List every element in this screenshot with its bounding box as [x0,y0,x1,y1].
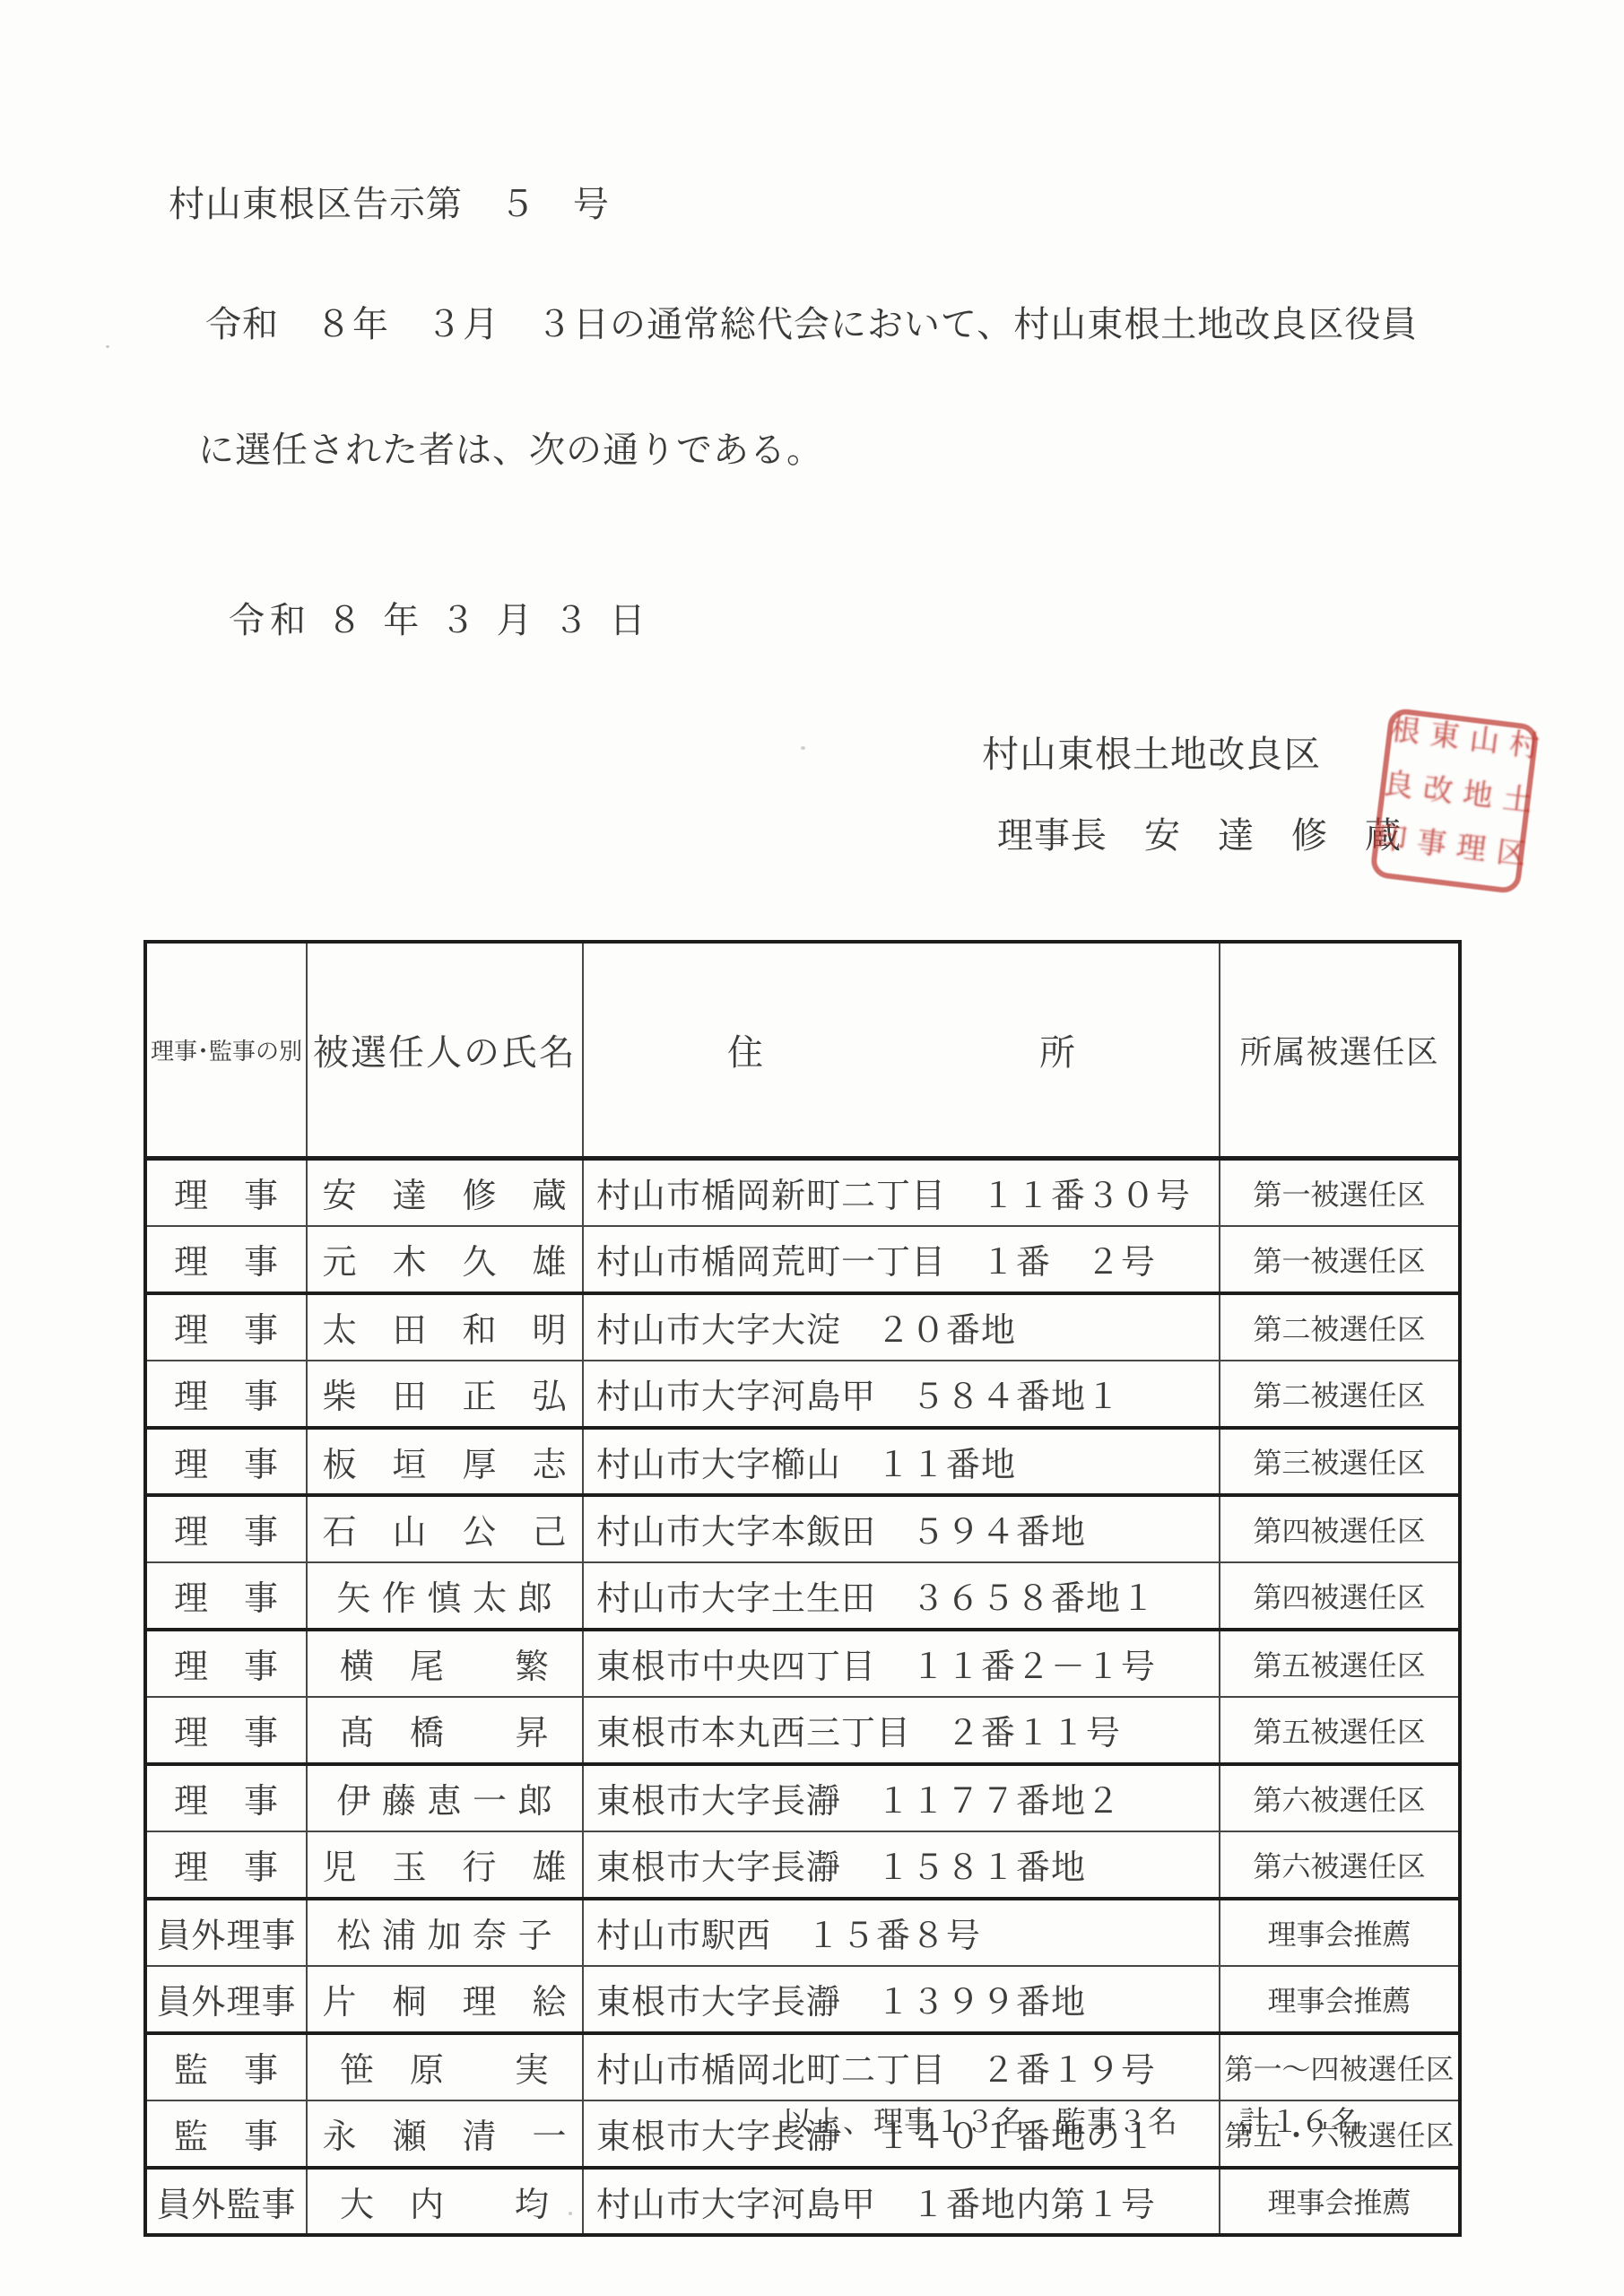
role-cell: 理 事 [145,1831,307,1899]
name-cell: 髙 橋 昇 [307,1697,583,1764]
district-cell: 第一〜四被選任区 [1220,2033,1460,2100]
scan-speck [106,345,109,348]
official-seal-text: 村山東根土地改良区理事印 [1366,712,1544,890]
name-cell: 笹 原 実 [307,2033,583,2100]
name-cell: 柴 田 正 弘 [307,1361,583,1428]
address-cell: 村山市楯岡北町二丁目 ２番１９号 [583,2033,1220,2100]
officer-row: 理 事石 山 公 己村山市大字本飯田 ５９４番地第四被選任区 [145,1495,1460,1562]
role-cell: 理 事 [145,1630,307,1697]
address-cell: 村山市大字大淀 ２０番地 [583,1293,1220,1361]
name-cell: 伊 藤 恵 一 郎 [307,1764,583,1831]
scan-speck [569,2212,572,2215]
district-cell: 第六被選任区 [1220,1831,1460,1899]
address-cell: 村山市駅西 １５番８号 [583,1899,1220,1966]
header-district: 所属被選任区 [1220,942,1460,1159]
officer-row: 理 事矢 作 慎 太 郎村山市大字土生田 ３６５８番地１第四被選任区 [145,1562,1460,1630]
district-cell: 第一被選任区 [1220,1226,1460,1293]
district-cell: 第五被選任区 [1220,1697,1460,1764]
header-address: 住 所 [583,942,1220,1159]
district-cell: 第四被選任区 [1220,1495,1460,1562]
name-cell: 板 垣 厚 志 [307,1428,583,1495]
document-page: 村山東根区告示第 ５ 号 令和 ８年 ３月 ３日の通常総代会において、村山東根土… [0,0,1624,2296]
header-role: 理事･監事の別 [145,942,307,1159]
officer-row: 理 事横 尾 繁東根市中央四丁目 １１番２－１号第五被選任区 [145,1630,1460,1697]
officer-row: 理 事髙 橋 昇東根市本丸西三丁目 ２番１１号第五被選任区 [145,1697,1460,1764]
address-cell: 村山市大字河島甲 ５８４番地１ [583,1361,1220,1428]
district-cell: 第六被選任区 [1220,1764,1460,1831]
name-cell: 元 木 久 雄 [307,1226,583,1293]
officer-row: 理 事柴 田 正 弘村山市大字河島甲 ５８４番地１第二被選任区 [145,1361,1460,1428]
address-cell: 東根市大字長瀞 １１７７番地２ [583,1764,1220,1831]
officer-row: 員外理事松 浦 加 奈 子村山市駅西 １５番８号理事会推薦 [145,1899,1460,1966]
address-cell: 東根市本丸西三丁目 ２番１１号 [583,1697,1220,1764]
role-cell: 監 事 [145,2100,307,2168]
address-cell: 村山市大字櫛山 １１番地 [583,1428,1220,1495]
role-cell: 理 事 [145,1697,307,1764]
district-cell: 理事会推薦 [1220,1899,1460,1966]
name-cell: 石 山 公 己 [307,1495,583,1562]
officer-row: 理 事伊 藤 恵 一 郎東根市大字長瀞 １１７７番地２第六被選任区 [145,1764,1460,1831]
organization-name: 村山東根土地改良区 [982,725,1321,778]
name-cell: 太 田 和 明 [307,1293,583,1361]
officers-table: 理事･監事の別 被選任人の氏名 住 所 所属被選任区 理 事安 達 修 蔵村山市… [143,940,1462,2237]
address-cell: 東根市大字長瀞 １３９９番地 [583,1966,1220,2033]
district-cell: 第四被選任区 [1220,1562,1460,1630]
name-cell: 片 桐 理 絵 [307,1966,583,2033]
officers-table-header: 理事･監事の別 被選任人の氏名 住 所 所属被選任区 [145,942,1460,1159]
scan-speck [801,746,805,750]
district-cell: 第二被選任区 [1220,1293,1460,1361]
address-cell: 村山市楯岡荒町一丁目 １番 ２号 [583,1226,1220,1293]
officer-row: 理 事元 木 久 雄村山市楯岡荒町一丁目 １番 ２号第一被選任区 [145,1226,1460,1293]
role-cell: 理 事 [145,1428,307,1495]
role-cell: 監 事 [145,2033,307,2100]
officer-row: 理 事安 達 修 蔵村山市楯岡新町二丁目 １１番３０号第一被選任区 [145,1159,1460,1226]
officer-row: 理 事太 田 和 明村山市大字大淀 ２０番地第二被選任区 [145,1293,1460,1361]
district-cell: 理事会推薦 [1220,2168,1460,2235]
name-cell: 横 尾 繁 [307,1630,583,1697]
role-cell: 理 事 [145,1764,307,1831]
address-cell: 村山市大字本飯田 ５９４番地 [583,1495,1220,1562]
role-cell: 理 事 [145,1159,307,1226]
district-cell: 第一被選任区 [1220,1159,1460,1226]
role-cell: 員外理事 [145,1966,307,2033]
officer-row: 理 事児 玉 行 雄東根市大字長瀞 １５８１番地第六被選任区 [145,1831,1460,1899]
address-cell: 東根市大字長瀞 １５８１番地 [583,1831,1220,1899]
notice-number: 村山東根区告示第 ５ 号 [169,176,610,227]
role-cell: 員外理事 [145,1899,307,1966]
officers-table-body: 理 事安 達 修 蔵村山市楯岡新町二丁目 １１番３０号第一被選任区理 事元 木 … [145,1159,1460,2235]
officer-row: 監 事笹 原 実村山市楯岡北町二丁目 ２番１９号第一〜四被選任区 [145,2033,1460,2100]
role-cell: 理 事 [145,1361,307,1428]
body-line-2: に選任された者は、次の通りである。 [198,422,823,473]
official-seal: 村山東根土地改良区理事印 [1369,707,1540,894]
name-cell: 永 瀬 清 一 [307,2100,583,2168]
signer-line: 理事長 安 達 修 蔵 [997,807,1402,858]
role-cell: 員外監事 [145,2168,307,2235]
name-cell: 児 玉 行 雄 [307,1831,583,1899]
role-cell: 理 事 [145,1226,307,1293]
header-address-left: 住 [727,1024,763,1075]
address-cell: 東根市中央四丁目 １１番２－１号 [583,1630,1220,1697]
name-cell: 矢 作 慎 太 郎 [307,1562,583,1630]
district-cell: 第三被選任区 [1220,1428,1460,1495]
district-cell: 第五被選任区 [1220,1630,1460,1697]
role-cell: 理 事 [145,1495,307,1562]
body-line-1: 令和 ８年 ３月 ３日の通常総代会において、村山東根土地改良区役員 [205,296,1418,347]
officer-row: 員外監事大 内 均村山市大字河島甲 １番地内第１号理事会推薦 [145,2168,1460,2235]
name-cell: 安 達 修 蔵 [307,1159,583,1226]
officer-row: 理 事板 垣 厚 志村山市大字櫛山 １１番地第三被選任区 [145,1428,1460,1495]
address-cell: 村山市大字河島甲 １番地内第１号 [583,2168,1220,2235]
header-row: 理事･監事の別 被選任人の氏名 住 所 所属被選任区 [145,942,1460,1159]
summary-line: 以上、理事１３名 監事３名 計１６名 [782,2099,1361,2141]
name-cell: 松 浦 加 奈 子 [307,1899,583,1966]
name-cell: 大 内 均 [307,2168,583,2235]
header-address-right: 所 [1039,1024,1075,1075]
role-cell: 理 事 [145,1293,307,1361]
district-cell: 理事会推薦 [1220,1966,1460,2033]
address-cell: 村山市大字土生田 ３６５８番地１ [583,1562,1220,1630]
district-cell: 第二被選任区 [1220,1361,1460,1428]
header-name: 被選任人の氏名 [307,942,583,1159]
address-cell: 村山市楯岡新町二丁目 １１番３０号 [583,1159,1220,1226]
date-line: 令和 ８ 年 ３ 月 ３ 日 [229,592,651,643]
officer-row: 員外理事片 桐 理 絵東根市大字長瀞 １３９９番地理事会推薦 [145,1966,1460,2033]
role-cell: 理 事 [145,1562,307,1630]
